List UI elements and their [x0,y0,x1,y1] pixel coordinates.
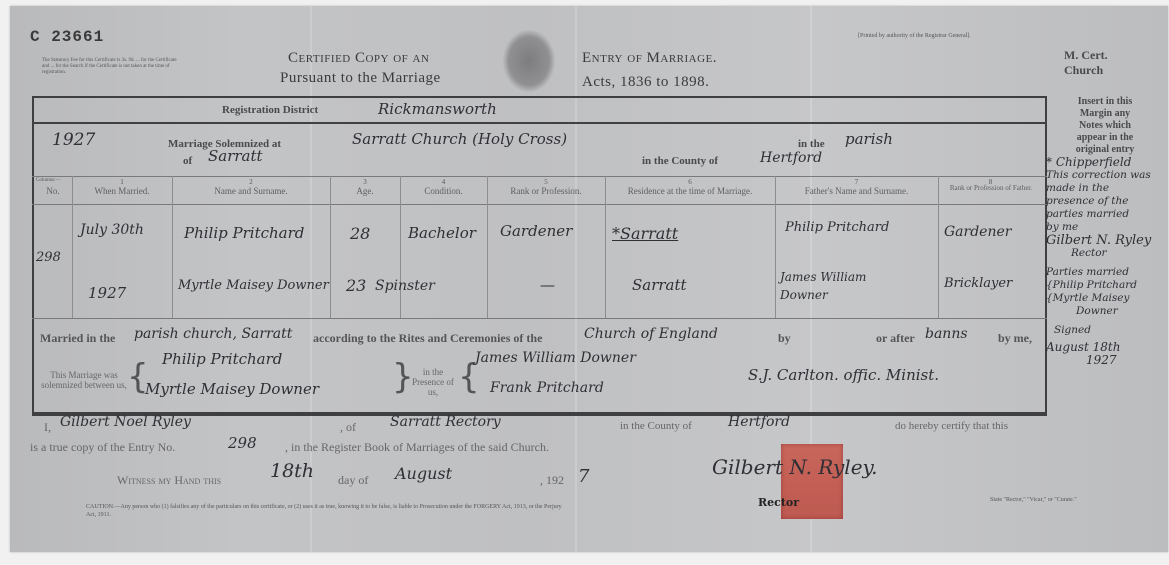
col-num: 2 [172,178,330,186]
certifier-address: Sarratt Rectory [390,414,501,430]
bride-age: 23 [346,276,366,295]
title-right-line1: Entry of Marriage. [582,50,717,67]
groom-profession: Gardener [500,222,572,240]
party2-signature: Myrtle Maisey Downer [145,380,319,398]
col-header-when-married: When Married. [72,186,172,196]
certifier-name: Gilbert Noel Ryley [60,414,191,430]
by-label: by [778,331,791,346]
of-value: Sarratt [208,147,263,165]
royal-crest-icon [503,30,555,92]
county-value: Hertford [760,150,822,166]
form-code: M. Cert. Church [1064,48,1108,78]
in-the-value: parish [845,130,893,148]
divider [32,204,1047,205]
by-me-label: by me, [998,331,1032,346]
state-title-note: State "Rector," "Vicar," or "Curate." [990,497,1077,503]
col-num: 3 [330,178,400,186]
col-num: 1 [72,178,172,186]
bride-condition: Spinster [375,278,435,294]
month-value: August [395,464,452,483]
col-header-residence: Residence at the time of Marriage. [605,186,775,196]
cert-county-label: in the County of [620,420,692,432]
when-married-date: July 30th [80,222,144,238]
officiant-signature: S.J. Carlton. offic. Minist. [748,366,939,384]
groom-father: Philip Pritchard [785,220,889,235]
bride-profession: — [540,276,555,294]
cert-entry-no: 298 [228,434,257,452]
solemnized-value: Sarratt Church (Holy Cross) [352,130,567,148]
entry-number: 298 [36,250,61,265]
after-value: banns [925,326,968,342]
witness2-signature: Frank Pritchard [490,380,604,396]
solemnized-between-label: This Marriage was solemnized between us, [40,370,128,390]
rector-title-stamp: Rector [758,496,799,509]
groom-residence: *Sarratt [612,224,678,243]
of-label: , of [340,420,356,435]
col-sep [330,176,331,318]
when-married-year: 1927 [88,284,126,302]
col-header-name: Name and Surname. [172,186,330,196]
col-sep [487,176,488,318]
col-header-age: Age. [330,186,400,196]
rector-signature: Gilbert N. Ryley. [712,455,878,479]
of-label: of [183,155,192,167]
margin-instruction: Insert in this Margin any Notes which ap… [1060,96,1150,156]
col-num: 6 [605,178,775,186]
divider [32,122,1047,124]
witness-label: Witness my Hand this [117,473,221,488]
groom-condition: Bachelor [408,224,476,242]
in-the-label: in the [798,138,825,150]
certificate-number: C 23661 [30,28,104,46]
presence-label: in the Presence of us, [408,367,458,397]
after-label: or after [876,331,915,346]
day-value: 18th [270,460,314,482]
title-left-line2: Pursuant to the Marriage [280,70,441,87]
title-right-line2: Acts, 1836 to 1898. [582,74,709,91]
party1-signature: Philip Pritchard [162,350,282,368]
col-sep [72,176,73,318]
groom-name: Philip Pritchard [184,224,304,242]
year-value: 7 [578,466,589,487]
rites-label: according to the Rites and Ceremonies of… [313,331,542,346]
bride-father: James William Downer [780,268,900,304]
married-in-value: parish church, Sarratt [134,326,292,342]
col-sep [400,176,401,318]
col-sep [938,176,939,318]
rites-value: Church of England [584,326,718,342]
col-sep [172,176,173,318]
certify-label: do hereby certify that this [895,420,1008,432]
col-num: 4 [400,178,487,186]
printed-by-note: [Printed by authority of the Registrar G… [858,33,971,39]
col-sep [775,176,776,318]
margin-notes: * Chipperfield This correction was made … [1046,156,1166,367]
caution-note: CAUTION.—Any person who (1) falsifies an… [86,503,566,519]
bride-name: Myrtle Maisey Downer [178,278,329,293]
col-header-father-profession: Rank or Profession of Father. [945,184,1037,192]
bride-residence: Sarratt [632,276,687,294]
register-label: , in the Register Book of Marriages of t… [285,440,549,455]
col-num: 5 [487,178,605,186]
col-num: 7 [775,178,938,186]
col-header-no: No. [34,186,72,196]
district-value: Rickmansworth [378,100,497,118]
divider [32,176,1047,177]
col-header-father: Father's Name and Surname. [775,186,938,196]
divider [32,318,1047,319]
bride-father-profession: Bricklayer [944,276,1012,291]
married-in-label: Married in the [40,331,115,346]
register-year: 1927 [52,130,95,150]
title-left-line1: Certified Copy of an [288,50,429,67]
col-sep [605,176,606,318]
true-copy-label: is a true copy of the Entry No. [30,440,175,455]
day-of-label: day of [338,473,368,488]
witness1-signature: James William Downer [475,350,636,366]
groom-father-profession: Gardener [944,224,1011,240]
col-header-condition: Condition. [400,186,487,196]
fee-note: The Statutory Fee for this Certificate i… [42,58,182,76]
columns-label: Columns:— [36,178,60,184]
year-prefix: , 192 [540,473,564,488]
groom-age: 28 [350,224,370,243]
i-label: I, [44,420,51,435]
col-header-profession: Rank or Profession. [487,186,605,196]
county-label: in the County of [642,155,718,167]
district-label: Registration District [222,104,318,116]
cert-county-value: Hertford [728,414,790,430]
